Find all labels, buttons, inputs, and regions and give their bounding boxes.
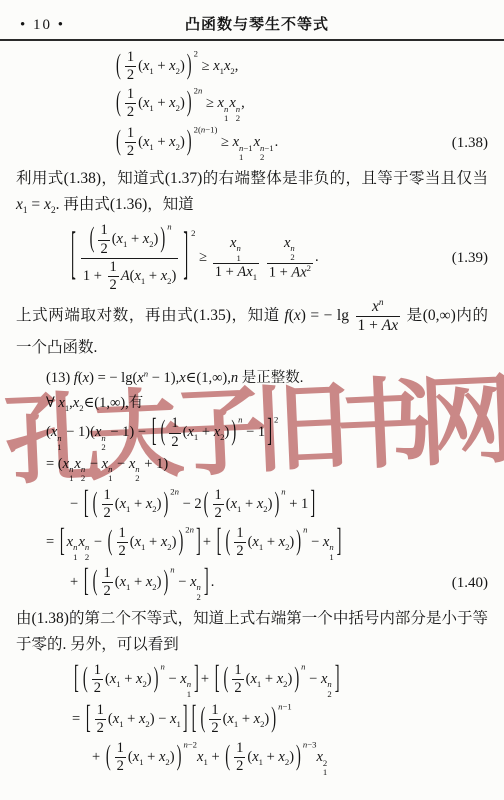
formula: [(12(x1 + x2))n − xn1]+ [(12(x1 + x2))n … <box>72 662 342 699</box>
equation-line: + [(12(x1 + x2))n − xn2]. (1.40) <box>16 565 488 602</box>
formula: (xn1 − 1)(xn2 − 1) − [(12(x1 + x2))n − 1… <box>46 415 278 452</box>
equation-tag-140: (1.40) <box>446 575 488 592</box>
equation-line: = [12(x1 + x2) − x1][(12(x1 + x2))n−1 <box>16 702 488 737</box>
page-header: • 10 • 凸函数与琴生不等式 <box>0 0 504 41</box>
formula: (13) f(x) = − lg(xn − 1),x∈(1,∞),n 是正整数. <box>46 366 303 387</box>
item-13-line: (13) f(x) = − lg(xn − 1),x∈(1,∞),n 是正整数. <box>16 365 488 387</box>
equation-line: = [xn1xn2 − (12(x1 + x2))2n]+ [(12(x1 + … <box>16 525 488 562</box>
page-number: • 10 • <box>20 17 140 34</box>
formula: [(12(x1 + x2))n1 + 12A(x1 + x2)]2 ≥ xn11… <box>68 222 319 293</box>
formula: = [12(x1 + x2) − x1][(12(x1 + x2))n−1 <box>72 702 292 737</box>
formula: = [xn1xn2 − (12(x1 + x2))2n]+ [(12(x1 + … <box>46 525 344 562</box>
paragraph-text: 由(1.38)的第二个不等式，知道上式右端第一个中括号内部分是小于等于零的. 另… <box>16 610 488 653</box>
formula: + [(12(x1 + x2))n − xn2]. <box>70 565 214 602</box>
paragraph-1: 利用式(1.38)，知道式(1.37)的右端整体是非负的，且等于零当且仅当 x1… <box>16 166 488 218</box>
equation-line: (xn1 − 1)(xn2 − 1) − [(12(x1 + x2))n − 1… <box>16 415 488 452</box>
page-body: (12(x1 + x2))2 ≥ x1x2, (12(x1 + x2))2n ≥… <box>0 41 504 777</box>
equation-tag-138: (1.38) <box>446 135 488 152</box>
equation-line: = (xn1xn2 − xn1 − xn2 + 1) <box>16 456 488 484</box>
formula: (12(x1 + x2))2 ≥ x1x2, <box>114 49 238 84</box>
equation-line: − [(12(x1 + x2))2n − 2(12(x1 + x2))n + 1… <box>16 487 488 522</box>
equation-block-1-39: [(12(x1 + x2))n1 + 12A(x1 + x2)]2 ≥ xn11… <box>16 222 488 293</box>
book-page: • 10 • 凸函数与琴生不等式 (12(x1 + x2))2 ≥ x1x2, … <box>0 0 504 800</box>
formula: (12(x1 + x2))2n ≥ xn1xn2, <box>114 86 245 123</box>
paragraph-3: 由(1.38)的第二个不等式，知道上式右端第一个中括号内部分是小于等于零的. 另… <box>16 606 488 658</box>
equation-line: (12(x1 + x2))2 ≥ x1x2, <box>16 49 488 84</box>
equation-block-1-40: (xn1 − 1)(xn2 − 1) − [(12(x1 + x2))n − 1… <box>16 415 488 602</box>
equation-tag-139: (1.39) <box>446 250 488 267</box>
formula: + (12(x1 + x2))n−2x1 + (12(x1 + x2))n−3x… <box>92 740 328 777</box>
formula: (12(x1 + x2))2(n−1) ≥ xn−11xn−12. <box>114 125 278 162</box>
paragraph-2: 上式两端取对数，再由式(1.35)，知道 f(x) = − lg xn1 + A… <box>16 298 488 362</box>
formula: − [(12(x1 + x2))2n − 2(12(x1 + x2))n + 1… <box>70 487 317 522</box>
equation-line: (12(x1 + x2))2(n−1) ≥ xn−11xn−12. (1.38) <box>16 125 488 162</box>
equation-line: [(12(x1 + x2))n − xn1]+ [(12(x1 + x2))n … <box>16 662 488 699</box>
formula: = (xn1xn2 − xn1 − xn2 + 1) <box>46 456 168 484</box>
paragraph-text: 利用式(1.38)，知道式(1.37)的右端整体是非负的，且等于零当且仅当 x1… <box>16 170 488 213</box>
equation-block-final: [(12(x1 + x2))n − xn1]+ [(12(x1 + x2))n … <box>16 662 488 777</box>
formula: ∀ x1,x2∈(1,∞),有 <box>46 391 143 413</box>
forall-line: ∀ x1,x2∈(1,∞),有 <box>16 390 488 412</box>
equation-block-1-38: (12(x1 + x2))2 ≥ x1x2, (12(x1 + x2))2n ≥… <box>16 49 488 162</box>
equation-line: + (12(x1 + x2))n−2x1 + (12(x1 + x2))n−3x… <box>16 740 488 777</box>
chapter-title: 凸函数与琴生不等式 <box>140 13 484 34</box>
equation-line: (12(x1 + x2))2n ≥ xn1xn2, <box>16 86 488 123</box>
paragraph-text: 上式两端取对数，再由式(1.35)，知道 f(x) = − lg xn1 + A… <box>16 307 488 356</box>
